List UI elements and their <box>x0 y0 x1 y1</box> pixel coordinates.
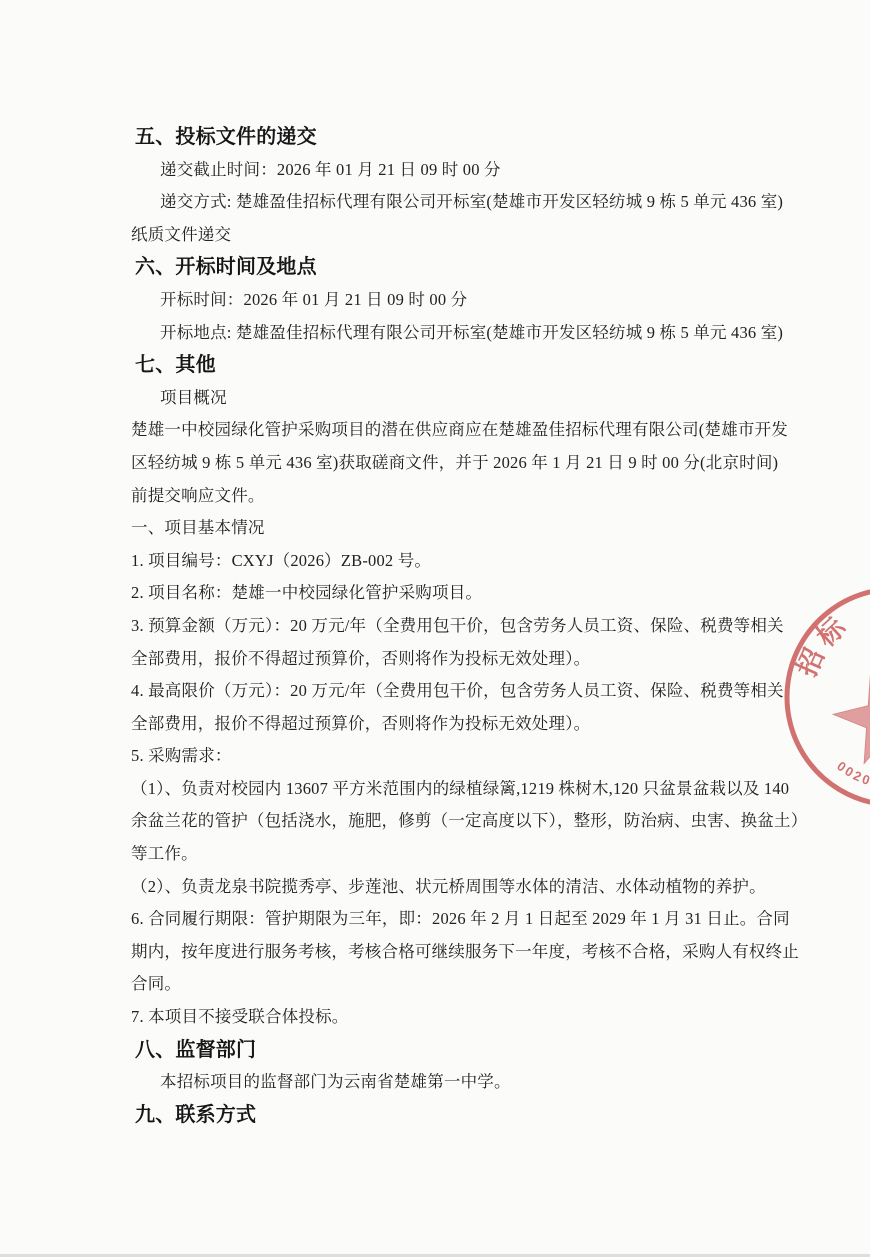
doc-line: 6. 合同履行期限：管护期限为三年，即：2026 年 2 月 1 日起至 202… <box>131 903 735 936</box>
doc-line: 1. 项目编号：CXYJ（2026）ZB-002 号。 <box>131 545 735 578</box>
doc-line: （1）、负责对校园内 13607 平方米范围内的绿植绿篱,1219 株树木,12… <box>131 773 735 806</box>
doc-line: 开标时间：2026 年 01 月 21 日 09 时 00 分 <box>131 284 735 317</box>
seal-serial-number: 0020071 <box>832 746 870 806</box>
doc-line: 区轻纺城 9 栋 5 单元 436 室)获取磋商文件，并于 2026 年 1 月… <box>131 447 735 480</box>
doc-line: 递交方式: 楚雄盈佳招标代理有限公司开标室(楚雄市开发区轻纺城 9 栋 5 单元… <box>131 186 735 219</box>
doc-line: 4. 最高限价（万元）：20 万元/年（全费用包干价，包含劳务人员工资、保险、税… <box>131 675 735 708</box>
section-heading: 八、监督部门 <box>135 1034 735 1067</box>
doc-line: 开标地点: 楚雄盈佳招标代理有限公司开标室(楚雄市开发区轻纺城 9 栋 5 单元… <box>131 317 735 350</box>
doc-line: （2）、负责龙泉书院揽秀亭、步莲池、状元桥周围等水体的清洁、水体动植物的养护。 <box>131 871 735 904</box>
doc-line: 合同。 <box>131 968 735 1001</box>
doc-line: 楚雄一中校园绿化管护采购项目的潜在供应商应在楚雄盈佳招标代理有限公司(楚雄市开发 <box>131 414 735 447</box>
section-heading: 七、其他 <box>135 349 735 382</box>
doc-line: 递交截止时间：2026 年 01 月 21 日 09 时 00 分 <box>131 154 735 187</box>
section-heading: 九、联系方式 <box>135 1099 735 1132</box>
svg-text:招标: 招标 <box>779 604 865 686</box>
doc-line: 纸质文件递交 <box>131 219 735 252</box>
section-heading: 五、投标文件的递交 <box>135 121 735 154</box>
section-heading: 六、开标时间及地点 <box>135 251 735 284</box>
doc-line: 全部费用，报价不得超过预算价，否则将作为投标无效处理）。 <box>131 708 735 741</box>
seal-star-icon <box>825 659 870 768</box>
seal-arc-text: 招标 <box>779 604 865 686</box>
doc-line: 5. 采购需求： <box>131 740 735 773</box>
document-body: 五、投标文件的递交递交截止时间：2026 年 01 月 21 日 09 时 00… <box>131 121 735 1131</box>
document-page: 五、投标文件的递交递交截止时间：2026 年 01 月 21 日 09 时 00… <box>0 0 870 1257</box>
official-seal-stamp: 招标 0020071 <box>775 577 870 817</box>
doc-line: 一、项目基本情况 <box>131 512 735 545</box>
doc-line: 7. 本项目不接受联合体投标。 <box>131 1001 735 1034</box>
doc-line: 2. 项目名称：楚雄一中校园绿化管护采购项目。 <box>131 577 735 610</box>
seal-border-circle <box>775 577 870 817</box>
doc-line: 前提交响应文件。 <box>131 480 735 513</box>
doc-line: 全部费用，报价不得超过预算价，否则将作为投标无效处理）。 <box>131 643 735 676</box>
svg-text:0020071: 0020071 <box>832 746 870 806</box>
doc-line: 期内，按年度进行服务考核，考核合格可继续服务下一年度，考核不合格，采购人有权终止 <box>131 936 735 969</box>
doc-line: 本招标项目的监督部门为云南省楚雄第一中学。 <box>131 1066 735 1099</box>
doc-line: 3. 预算金额（万元）：20 万元/年（全费用包干价，包含劳务人员工资、保险、税… <box>131 610 735 643</box>
doc-line: 余盆兰花的管护（包括浇水，施肥，修剪（一定高度以下），整形，防治病、虫害、换盆土… <box>131 805 735 838</box>
doc-line: 等工作。 <box>131 838 735 871</box>
doc-line: 项目概况 <box>131 382 735 415</box>
